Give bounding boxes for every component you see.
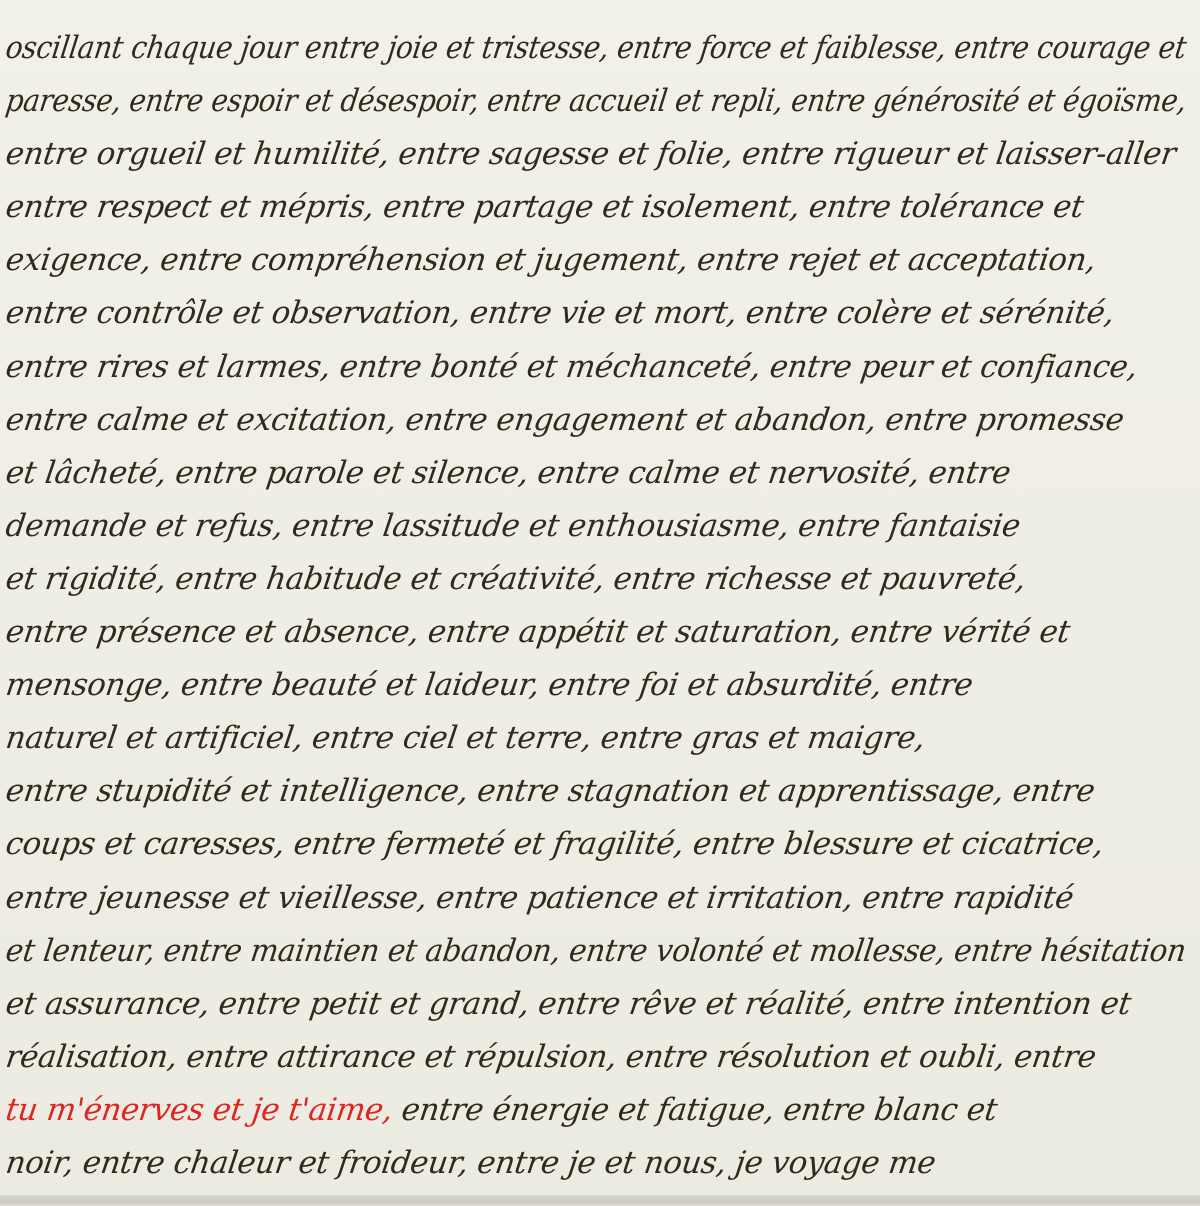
text-segment: mensonge, entre beauté et laideur, entre…: [4, 667, 975, 703]
text-segment: entre rires et larmes, entre bonté et mé…: [4, 349, 1140, 385]
text-segment: entre énergie et fatigue, entre blanc et: [390, 1092, 1000, 1128]
text-line-17: entre jeunesse et vieillesse, entre pati…: [2, 872, 1189, 925]
text-segment: coups et caresses, entre fermeté et frag…: [4, 826, 1106, 862]
artwork-canvas: oscillant chaque jour entre joie et tris…: [0, 0, 1200, 1195]
text-segment: et rigidité, entre habitude et créativit…: [4, 561, 1028, 597]
text-line-12: entre présence et absence, entre appétit…: [2, 606, 1189, 659]
text-segment: entre calme et excitation, entre engagem…: [4, 402, 1127, 438]
canvas-bottom-edge: [0, 1195, 1200, 1206]
text-segment: entre orgueil et humilité, entre sagesse…: [4, 136, 1179, 172]
text-line-1: oscillant chaque jour entre joie et tris…: [2, 22, 1083, 75]
text-line-2: paresse, entre espoir et désespoir, entr…: [2, 75, 1074, 128]
text-line-15: entre stupidité et intelligence, entre s…: [2, 765, 1189, 818]
calligraphy-text-block: oscillant chaque jour entre joie et tris…: [6, 22, 1200, 1190]
text-line-13: mensonge, entre beauté et laideur, entre…: [2, 659, 1189, 712]
text-line-19: et assurance, entre petit et grand, entr…: [2, 978, 1189, 1031]
text-line-3: entre orgueil et humilité, entre sagesse…: [2, 128, 1189, 181]
text-line-10: demande et refus, entre lassitude et ent…: [2, 500, 1189, 553]
text-segment: paresse, entre espoir et désespoir, entr…: [4, 83, 1189, 119]
text-line-8: entre calme et excitation, entre engagem…: [2, 394, 1189, 447]
text-line-9: et lâcheté, entre parole et silence, ent…: [2, 447, 1189, 500]
text-segment: naturel et artificiel, entre ciel et ter…: [4, 720, 928, 756]
text-line-11: et rigidité, entre habitude et créativit…: [2, 553, 1189, 606]
text-line-21: tu m'énerves et je t'aime, entre énergie…: [2, 1084, 1189, 1137]
text-line-22: noir, entre chaleur et froideur, entre j…: [2, 1137, 1189, 1190]
text-segment: oscillant chaque jour entre joie et tris…: [4, 30, 1189, 66]
text-segment: entre respect et mépris, entre partage e…: [4, 189, 1086, 225]
text-line-16: coups et caresses, entre fermeté et frag…: [2, 818, 1189, 871]
text-segment: réalisation, entre attirance et répulsio…: [4, 1039, 1099, 1075]
text-segment: et lenteur, entre maintien et abandon, e…: [4, 933, 1189, 969]
text-line-7: entre rires et larmes, entre bonté et mé…: [2, 341, 1189, 394]
text-segment: et assurance, entre petit et grand, entr…: [4, 986, 1134, 1022]
highlighted-red-phrase: tu m'énerves et je t'aime,: [4, 1092, 395, 1128]
text-line-14: naturel et artificiel, entre ciel et ter…: [2, 712, 1189, 765]
text-segment: entre présence et absence, entre appétit…: [4, 614, 1073, 650]
text-line-6: entre contrôle et observation, entre vie…: [2, 287, 1189, 340]
text-segment: entre jeunesse et vieillesse, entre pati…: [4, 880, 1076, 916]
text-segment: et lâcheté, entre parole et silence, ent…: [4, 455, 1013, 491]
text-segment: noir, entre chaleur et froideur, entre j…: [4, 1145, 938, 1181]
text-segment: entre stupidité et intelligence, entre s…: [4, 773, 1097, 809]
text-segment: exigence, entre compréhension et jugemen…: [4, 242, 1099, 278]
text-segment: entre contrôle et observation, entre vie…: [4, 295, 1117, 331]
text-segment: demande et refus, entre lassitude et ent…: [4, 508, 1023, 544]
text-line-18: et lenteur, entre maintien et abandon, e…: [2, 925, 1137, 978]
text-line-20: réalisation, entre attirance et répulsio…: [2, 1031, 1189, 1084]
text-line-5: exigence, entre compréhension et jugemen…: [2, 234, 1189, 287]
text-line-4: entre respect et mépris, entre partage e…: [2, 181, 1189, 234]
